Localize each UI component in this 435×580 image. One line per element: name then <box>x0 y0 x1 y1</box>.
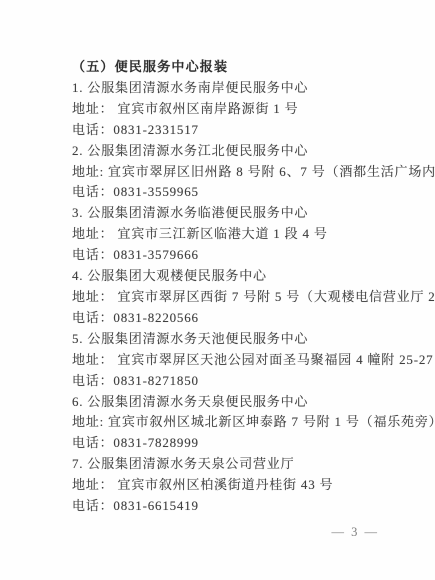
center-address: 地址： 宜宾市叙州区南岸路源街 1 号 <box>72 99 435 120</box>
center-phone: 电话：0831-7828999 <box>72 433 435 454</box>
center-entry: 4. 公服集团大观楼便民服务中心 地址： 宜宾市翠屏区西街 7 号附 5 号（大… <box>72 266 435 329</box>
center-entry: 1. 公服集团清源水务南岸便民服务中心 地址： 宜宾市叙州区南岸路源街 1 号 … <box>72 78 435 141</box>
document-content: （五）便民服务中心报装 1. 公服集团清源水务南岸便民服务中心 地址： 宜宾市叙… <box>72 57 435 517</box>
center-entry: 5. 公服集团清源水务天池便民服务中心 地址： 宜宾市翠屏区天池公园对面圣马聚福… <box>72 329 435 392</box>
center-address: 地址: 宜宾市翠屏区旧州路 8 号附 6、7 号（酒都生活广场内） <box>72 162 435 183</box>
page-number: — 3 — <box>332 525 380 540</box>
center-entry: 2. 公服集团清源水务江北便民服务中心 地址: 宜宾市翠屏区旧州路 8 号附 6… <box>72 141 435 204</box>
section-title: （五）便民服务中心报装 <box>72 57 435 78</box>
center-name: 1. 公服集团清源水务南岸便民服务中心 <box>72 78 435 99</box>
center-phone: 电话：0831-3579666 <box>72 245 435 266</box>
center-address: 地址： 宜宾市翠屏区西街 7 号附 5 号（大观楼电信营业厅 2 楼） <box>72 287 435 308</box>
center-phone: 电话：0831-2331517 <box>72 120 435 141</box>
center-name: 4. 公服集团大观楼便民服务中心 <box>72 266 435 287</box>
center-entry: 3. 公服集团清源水务临港便民服务中心 地址： 宜宾市三江新区临港大道 1 段 … <box>72 203 435 266</box>
document-page: （五）便民服务中心报装 1. 公服集团清源水务南岸便民服务中心 地址： 宜宾市叙… <box>0 0 435 580</box>
center-address: 地址： 宜宾市翠屏区天池公园对面圣马聚福园 4 幢附 25-27 号 <box>72 350 435 371</box>
center-name: 7. 公服集团清源水务天泉公司营业厅 <box>72 454 435 475</box>
center-entry: 6. 公服集团清源水务天泉便民服务中心 地址: 宜宾市叙州区城北新区坤泰路 7 … <box>72 392 435 455</box>
center-phone: 电话：0831-8271850 <box>72 371 435 392</box>
center-name: 2. 公服集团清源水务江北便民服务中心 <box>72 141 435 162</box>
center-phone: 电话：0831-3559965 <box>72 182 435 203</box>
center-address: 地址: 宜宾市叙州区城北新区坤泰路 7 号附 1 号（福乐苑旁） <box>72 412 435 433</box>
center-entry: 7. 公服集团清源水务天泉公司营业厅 地址： 宜宾市叙州区柏溪街道丹桂街 43 … <box>72 454 435 517</box>
center-name: 6. 公服集团清源水务天泉便民服务中心 <box>72 392 435 413</box>
center-address: 地址： 宜宾市叙州区柏溪街道丹桂街 43 号 <box>72 475 435 496</box>
center-name: 5. 公服集团清源水务天池便民服务中心 <box>72 329 435 350</box>
center-name: 3. 公服集团清源水务临港便民服务中心 <box>72 203 435 224</box>
center-address: 地址： 宜宾市三江新区临港大道 1 段 4 号 <box>72 224 435 245</box>
center-phone: 电话：0831-6615419 <box>72 496 435 517</box>
center-phone: 电话：0831-8220566 <box>72 308 435 329</box>
